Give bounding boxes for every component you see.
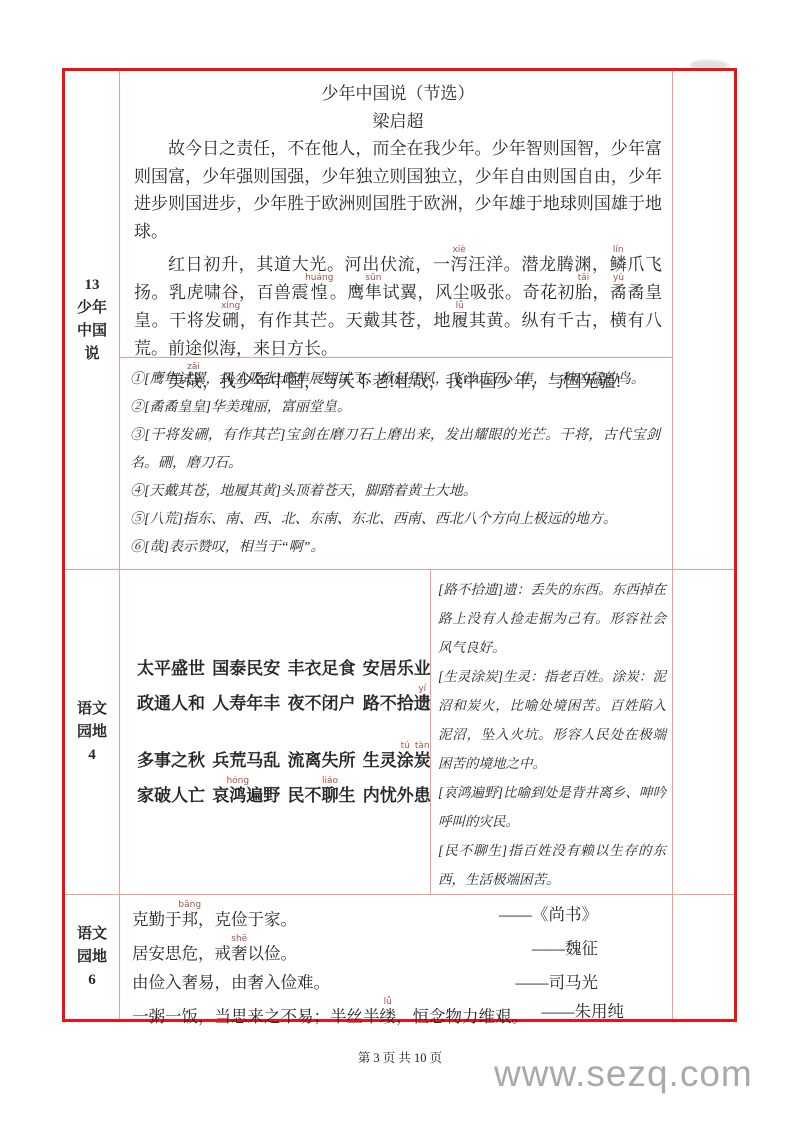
- definition-item: [路不拾遗]遗：丢失的东西。东西掉在路上没有人捡走据为己有。形容社会风气良好。: [438, 575, 666, 662]
- lesson-text-block: 少年中国说（节选） 梁启超 故今日之责任，不在他人，而全在我少年。少年智则国智，…: [120, 71, 672, 357]
- lesson-note: ①[鹰隼试翼，风尘吸张]鹰隼展翅试飞，掀起狂风，飞沙走石。隼，一种凶猛的鸟。: [130, 366, 660, 394]
- idiom-list: 太平盛世 国泰民安 丰衣足食 安居乐业 政通人和 人寿年丰 夜不闭户 路不拾遗y…: [120, 570, 430, 894]
- garden6-content-cell: 克勤于邦bāng，克俭于家。 ——《尚书》 居安思危，戒奢shē以俭。 ——魏征…: [120, 895, 672, 1019]
- row-label-line: 语文: [77, 698, 107, 721]
- lesson-paragraph: 红日初升，其道大光。河出伏流，一泻xiè汪洋。潜龙腾渊，鳞lín爪飞扬。乳虎啸谷…: [134, 245, 662, 362]
- quote-source: ——魏征: [532, 934, 598, 968]
- quote-source: ——《尚书》: [499, 900, 598, 934]
- lesson-note: ⑥[哉]表示赞叹，相当于“啊”。: [130, 534, 660, 562]
- margin-cell: [672, 895, 734, 1019]
- garden4-content-cell: 太平盛世 国泰民安 丰衣足食 安居乐业 政通人和 人寿年丰 夜不闭户 路不拾遗y…: [120, 570, 672, 895]
- quote-line: 居安思危，戒奢shē以俭。 ——魏征: [132, 934, 624, 968]
- lesson-table: 13 少年 中国 说 少年中国说（节选） 梁启超 故今日之责任，不在他人，而全在…: [62, 68, 737, 1022]
- row-label-line: 少年: [77, 297, 107, 320]
- quote-line: 一粥一饭，当思来之不易；半丝半缕lǚ，恒念物力维艰。 ——朱用纯: [132, 997, 624, 1031]
- quote-text: 一粥一饭，当思来之不易；半丝半缕lǚ，恒念物力维艰。: [132, 997, 528, 1031]
- definition-item: [民不聊生]指百姓没有赖以生存的东西，生活极端困苦。: [438, 836, 666, 894]
- row-label-line: 说: [84, 343, 99, 366]
- quote-text: 克勤于邦bāng，克俭于家。: [132, 900, 297, 934]
- quote-line: 由俭入奢易，由奢入俭难。 ——司马光: [132, 968, 624, 997]
- lesson-notes-block: ①[鹰隼试翼，风尘吸张]鹰隼展翅试飞，掀起狂风，飞沙走石。隼，一种凶猛的鸟。 ②…: [120, 357, 672, 569]
- idiom-line: 多事之秋 兵荒马乱 流离失所 生灵涂tú炭tàn: [137, 741, 430, 776]
- lesson-note: ②[矞矞皇皇]华美瑰丽，富丽堂皇。: [130, 394, 660, 422]
- lesson-note: ④[天戴其苍，地履其黄]头顶着苍天，脚踏着黄土大地。: [130, 478, 660, 506]
- site-watermark: www.sezq.com: [494, 1053, 753, 1095]
- idiom-line: 政通人和 人寿年丰 夜不闭户 路不拾遗yí: [137, 684, 430, 719]
- definition-list: [路不拾遗]遗：丢失的东西。东西掉在路上没有人捡走据为己有。形容社会风气良好。 …: [430, 570, 672, 894]
- margin-cell: [672, 570, 734, 895]
- row-label-garden6: 语文 园地 6: [65, 895, 120, 1019]
- quote-line: 克勤于邦bāng，克俭于家。 ——《尚书》: [132, 900, 624, 934]
- quote-source: ——司马光: [516, 968, 599, 997]
- row-label-line: 4: [88, 744, 96, 767]
- lesson-note: ⑤[八荒]指东、南、西、北、东南、东北、西南、西北八个方向上极远的地方。: [130, 506, 660, 534]
- lesson-paragraph: 故今日之责任，不在他人，而全在我少年。少年智则国智，少年富则国富，少年强则国强，…: [134, 135, 662, 245]
- lesson-content-cell: 少年中国说（节选） 梁启超 故今日之责任，不在他人，而全在我少年。少年智则国智，…: [120, 71, 672, 570]
- quote-text: 居安思危，戒奢shē以俭。: [132, 934, 297, 968]
- lesson-author: 梁启超: [134, 108, 662, 136]
- row-label-line: 语文: [77, 923, 107, 946]
- row-label-line: 13: [85, 274, 100, 297]
- row-label-line: 园地: [77, 946, 107, 969]
- document-page: 13 少年 中国 说 少年中国说（节选） 梁启超 故今日之责任，不在他人，而全在…: [0, 0, 800, 1131]
- idiom-line: 家破人亡 哀鸿hóng遍野 民不聊liáo生 内忧外患: [137, 776, 430, 811]
- idiom-group-negative: 多事之秋 兵荒马乱 流离失所 生灵涂tú炭tàn 家破人亡 哀鸿hóng遍野 民…: [137, 741, 430, 811]
- row-label-line: 中国: [77, 320, 107, 343]
- quote-text: 由俭入奢易，由奢入俭难。: [132, 968, 330, 997]
- row-label-line: 6: [88, 969, 96, 992]
- margin-cell: [672, 71, 734, 570]
- idiom-group-positive: 太平盛世 国泰民安 丰衣足食 安居乐业 政通人和 人寿年丰 夜不闭户 路不拾遗y…: [137, 654, 430, 719]
- lesson-title: 少年中国说（节选）: [134, 80, 662, 108]
- definition-item: [生灵涂炭]生灵：指老百姓。涂炭：泥沼和炭火，比喻处境困苦。百姓陷入泥沼，坠入火…: [438, 662, 666, 778]
- definition-item: [哀鸿遍野]比喻到处是背井离乡、呻吟呼叫的灾民。: [438, 778, 666, 836]
- row-label-lesson13: 13 少年 中国 说: [65, 71, 120, 570]
- row-label-garden4: 语文 园地 4: [65, 570, 120, 895]
- quote-source: ——朱用纯: [542, 997, 625, 1031]
- lesson-note: ③[干将发硎，有作其芒]宝剑在磨刀石上磨出来，发出耀眼的光芒。干将，古代宝剑名。…: [130, 422, 660, 478]
- row-label-line: 园地: [77, 721, 107, 744]
- idiom-line: 太平盛世 国泰民安 丰衣足食 安居乐业: [137, 654, 430, 684]
